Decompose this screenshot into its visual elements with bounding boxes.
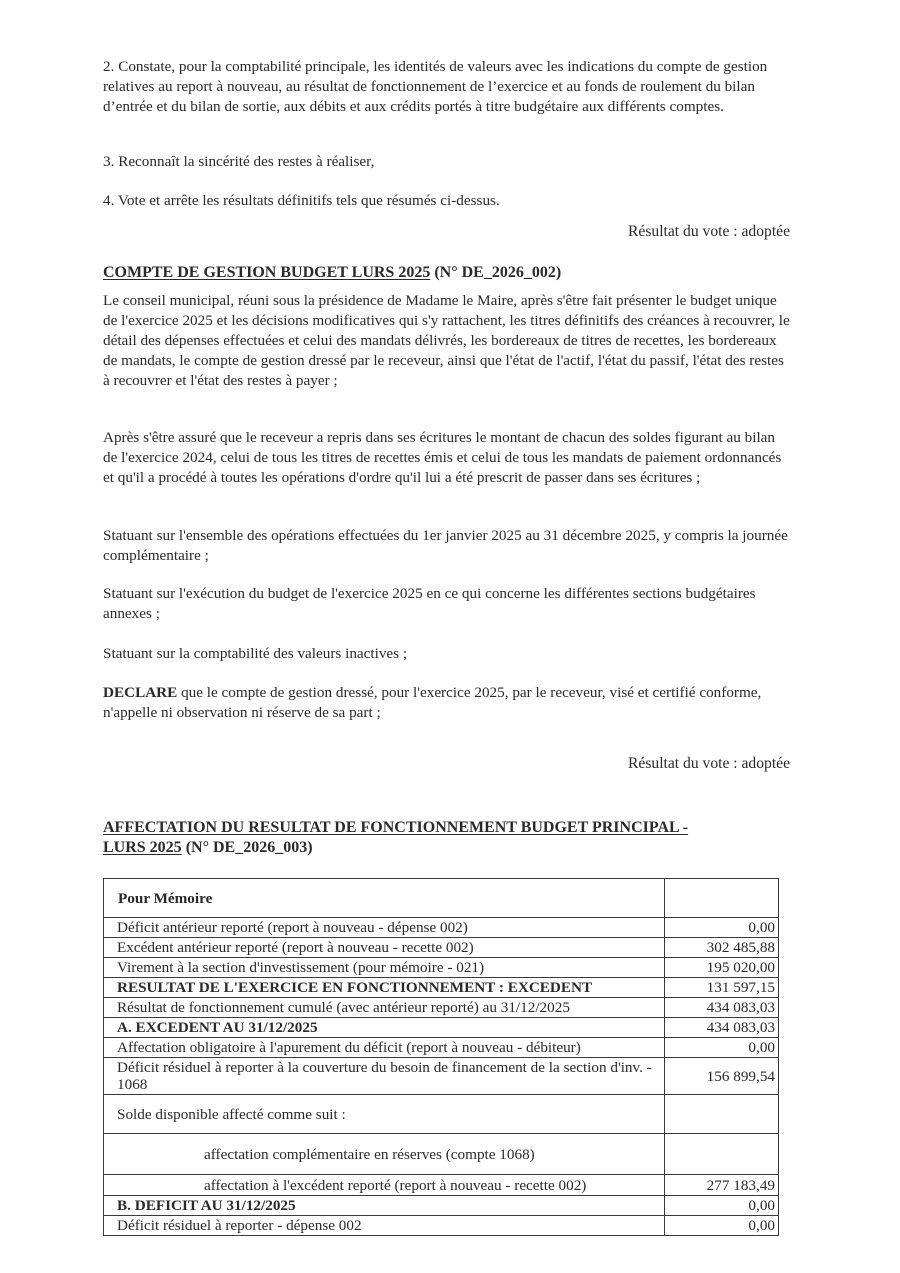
section-title-affectation: AFFECTATION DU RESULTAT DE FONCTIONNEMEN…	[103, 818, 793, 858]
table-row: affectation complémentaire en réserves (…	[104, 1134, 779, 1175]
row-value: 131 597,15	[665, 978, 779, 998]
row-label: Déficit résiduel à reporter à la couvert…	[104, 1058, 665, 1095]
table-row: A. EXCEDENT AU 31/12/2025 434 083,03	[104, 1018, 779, 1038]
section-title-compte-gestion: COMPTE DE GESTION BUDGET LURS 2025 (N° D…	[103, 263, 561, 283]
row-label: RESULTAT DE L'EXERCICE EN FONCTIONNEMENT…	[104, 978, 665, 998]
vote-result-2: Résultat du vote : adoptée	[628, 754, 790, 774]
row-label: B. DEFICIT AU 31/12/2025	[104, 1196, 665, 1216]
table-row: Excédent antérieur reporté (report à nou…	[104, 938, 779, 958]
row-label: Déficit résiduel à reporter - dépense 00…	[104, 1216, 665, 1236]
table-row: Déficit antérieur reporté (report à nouv…	[104, 918, 779, 938]
row-value: 434 083,03	[665, 998, 779, 1018]
row-value: 195 020,00	[665, 958, 779, 978]
row-value: 0,00	[665, 1216, 779, 1236]
section-title-line2: LURS 2025	[103, 839, 182, 856]
section-title-ref-3: (N° DE_2026_003)	[182, 839, 313, 856]
table-row: Solde disponible affecté comme suit :	[104, 1095, 779, 1134]
table-row: Déficit résiduel à reporter à la couvert…	[104, 1058, 779, 1095]
row-value: 0,00	[665, 1038, 779, 1058]
row-value	[665, 1095, 779, 1134]
row-value	[665, 879, 779, 918]
declare-text: que le compte de gestion dressé, pour l'…	[103, 684, 761, 721]
section-title-ref: (N° DE_2026_002)	[430, 264, 561, 281]
row-label: affectation à l'excédent reporté (report…	[104, 1175, 665, 1196]
row-label: A. EXCEDENT AU 31/12/2025	[104, 1018, 665, 1038]
item-2-text: 2. Constate, pour la comptabilité princi…	[103, 57, 793, 117]
row-value	[665, 1134, 779, 1175]
declare-keyword: DECLARE	[103, 684, 177, 701]
paragraph-assurance: Après s'être assuré que le receveur a re…	[103, 428, 793, 488]
row-value: 0,00	[665, 1196, 779, 1216]
row-label: Excédent antérieur reporté (report à nou…	[104, 938, 665, 958]
table-row: B. DEFICIT AU 31/12/2025 0,00	[104, 1196, 779, 1216]
row-label: Affectation obligatoire à l'apurement du…	[104, 1038, 665, 1058]
section-title-main: COMPTE DE GESTION BUDGET LURS 2025	[103, 264, 430, 281]
table-row: Virement à la section d'investissement (…	[104, 958, 779, 978]
row-value: 0,00	[665, 918, 779, 938]
table-row: Pour Mémoire	[104, 879, 779, 918]
row-value: 156 899,54	[665, 1058, 779, 1095]
affectation-table: Pour Mémoire Déficit antérieur reporté (…	[103, 878, 779, 1236]
document-page: 2. Constate, pour la comptabilité princi…	[0, 0, 900, 1273]
row-value: 434 083,03	[665, 1018, 779, 1038]
row-value: 277 183,49	[665, 1175, 779, 1196]
paragraph-declare: DECLARE que le compte de gestion dressé,…	[103, 683, 793, 723]
paragraph-valeurs-inactives: Statuant sur la comptabilité des valeurs…	[103, 644, 793, 664]
row-label: Déficit antérieur reporté (report à nouv…	[104, 918, 665, 938]
paragraph-execution: Statuant sur l'exécution du budget de l'…	[103, 584, 793, 624]
row-label: Solde disponible affecté comme suit :	[104, 1095, 665, 1134]
table-row: RESULTAT DE L'EXERCICE EN FONCTIONNEMENT…	[104, 978, 779, 998]
row-label: affectation complémentaire en réserves (…	[104, 1134, 665, 1175]
paragraph-operations: Statuant sur l'ensemble des opérations e…	[103, 526, 793, 566]
table-row: affectation à l'excédent reporté (report…	[104, 1175, 779, 1196]
row-label: Résultat de fonctionnement cumulé (avec …	[104, 998, 665, 1018]
table-row: Déficit résiduel à reporter - dépense 00…	[104, 1216, 779, 1236]
section-title-line1: AFFECTATION DU RESULTAT DE FONCTIONNEMEN…	[103, 819, 688, 836]
row-label: Virement à la section d'investissement (…	[104, 958, 665, 978]
item-4-text: 4. Vote et arrête les résultats définiti…	[103, 191, 793, 211]
paragraph-preamble: Le conseil municipal, réuni sous la prés…	[103, 291, 793, 391]
row-label: Pour Mémoire	[104, 879, 665, 918]
table-row: Affectation obligatoire à l'apurement du…	[104, 1038, 779, 1058]
item-3-text: 3. Reconnaît la sincérité des restes à r…	[103, 152, 793, 172]
row-value: 302 485,88	[665, 938, 779, 958]
table-row: Résultat de fonctionnement cumulé (avec …	[104, 998, 779, 1018]
vote-result-1: Résultat du vote : adoptée	[628, 222, 790, 242]
